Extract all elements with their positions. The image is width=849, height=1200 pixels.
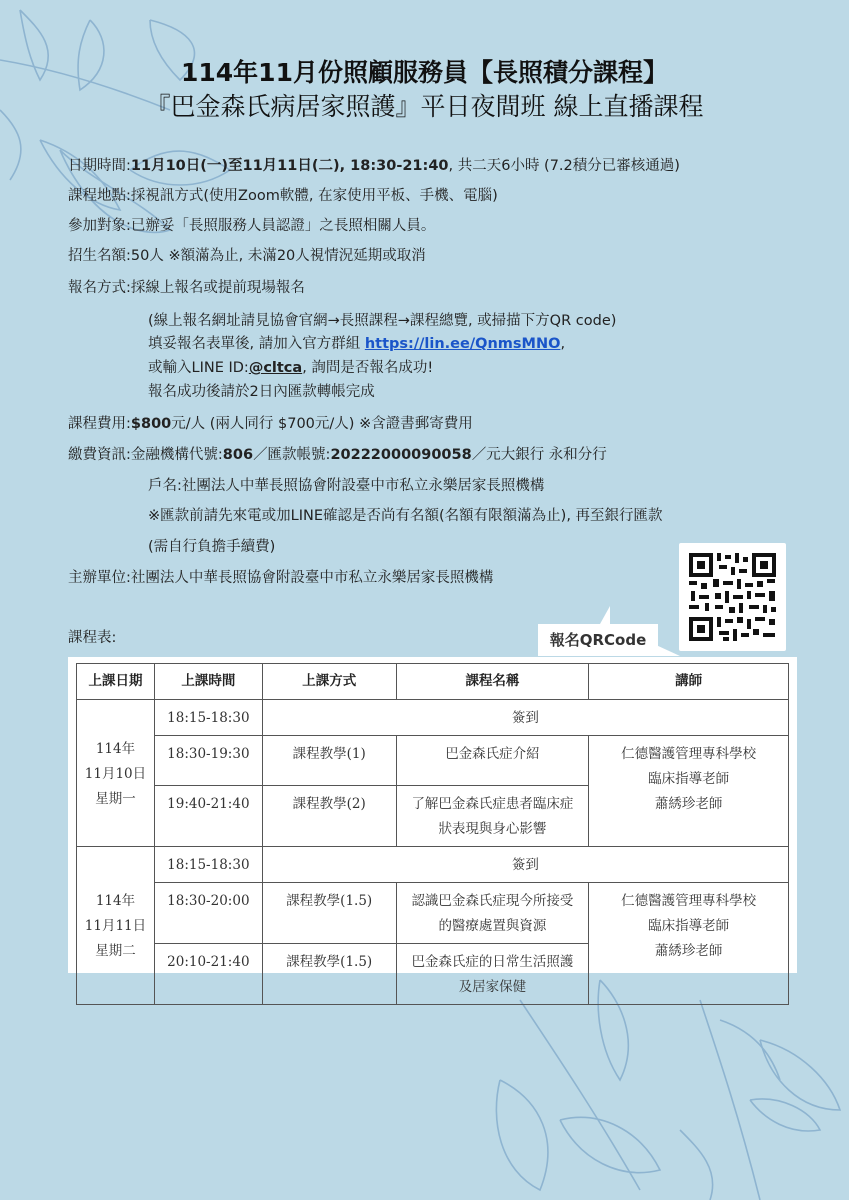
line-group-link[interactable]: https://lin.ee/QnmsMNO — [365, 336, 561, 352]
account-name: 戶名:社團法人中華長照協會附設臺中市私立永樂居家長照機構 — [148, 474, 544, 495]
header-time: 上課時間 — [154, 664, 262, 700]
info-fee-rest: 元/人 (兩人同行 $700元/人) ※含證書郵寄費用 — [171, 416, 472, 432]
day1-instructor-name: 蕭綉珍老師 — [593, 792, 784, 817]
day2-sign: 簽到 — [262, 847, 788, 883]
day1-s1-name: 巴金森氏症介紹 — [396, 736, 589, 786]
day2-s1-name-l2: 的醫療處置與資源 — [401, 914, 585, 939]
day2-s2-mode: 課程教學(1.5) — [262, 944, 396, 1005]
signup-line3-rest: , 詢問是否報名成功! — [302, 360, 433, 376]
header-course: 課程名稱 — [396, 664, 589, 700]
info-fee-label: 課程費用: — [68, 416, 131, 432]
schedule-table: 上課日期 上課時間 上課方式 課程名稱 講師 114年 11月10日 星期一 1… — [76, 663, 789, 1005]
info-location: 課程地點:採視訊方式(使用Zoom軟體, 在家使用平板、手機、電腦) — [68, 184, 498, 205]
day1-instructor: 仁德醫護管理專科學校 臨床指導老師 蕭綉珍老師 — [589, 736, 789, 847]
info-payment: 繳費資訊:金融機構代號:806／匯款帳號:20222000090058／元大銀行… — [68, 443, 607, 464]
day1-s2-name-l2: 狀表現與身心影響 — [401, 817, 585, 842]
payment-note1: ※匯款前請先來電或加LINE確認是否尚有名額(名額有限額滿為止), 再至銀行匯款 — [148, 504, 663, 525]
day1-weekday: 星期一 — [81, 787, 150, 812]
qr-label: 報名QRCode — [538, 624, 658, 656]
day1-s1-time: 18:30-19:30 — [154, 736, 262, 786]
bank-name: ／元大銀行 永和分行 — [472, 447, 607, 463]
day1-s2-time: 19:40-21:40 — [154, 786, 262, 847]
info-fee: 課程費用:$800元/人 (兩人同行 $700元/人) ※含證書郵寄費用 — [68, 412, 473, 433]
info-location-value: 採視訊方式(使用Zoom軟體, 在家使用平板、手機、電腦) — [131, 188, 498, 204]
info-datetime-label: 日期時間: — [68, 158, 131, 174]
info-organizer: 主辦單位:社團法人中華長照協會附設臺中市私立永樂居家長照機構 — [68, 566, 493, 587]
schedule-table-container: 上課日期 上課時間 上課方式 課程名稱 講師 114年 11月10日 星期一 1… — [68, 657, 797, 973]
page-title-line2: 『巴金森氏病居家照護』平日夜間班 線上直播課程 — [0, 90, 849, 124]
day1-year: 114年 — [81, 737, 150, 762]
info-organizer-label: 主辦單位: — [68, 570, 131, 586]
header-instructor: 講師 — [589, 664, 789, 700]
qr-code-icon[interactable] — [679, 543, 786, 651]
day2-s2-name: 巴金森氏症的日常生活照護 及居家保健 — [396, 944, 589, 1005]
day2-s1-name: 認識巴金森氏症現今所接受 的醫療處置與資源 — [396, 883, 589, 944]
page-title-line1: 114年11月份照顧服務員【長照積分課程】 — [0, 56, 849, 90]
day2-instructor: 仁德醫護管理專科學校 臨床指導老師 蕭綉珍老師 — [589, 883, 789, 1005]
info-signup-value: 採線上報名或提前現場報名 — [131, 280, 305, 296]
day2-monthday: 11月11日 — [81, 914, 150, 939]
header-mode: 上課方式 — [262, 664, 396, 700]
day2-s1-time: 18:30-20:00 — [154, 883, 262, 944]
info-datetime-value: 11月10日(一)至11月11日(二), 18:30-21:40 — [131, 158, 449, 174]
day2-s1-name-l1: 認識巴金森氏症現今所接受 — [401, 889, 585, 914]
day2-s2-time: 20:10-21:40 — [154, 944, 262, 1005]
info-audience-value: 已辦妥「長照服務人員認證」之長照相關人員。 — [131, 218, 436, 234]
header-date: 上課日期 — [77, 664, 155, 700]
day2-sign-time: 18:15-18:30 — [154, 847, 262, 883]
day1-s1-mode: 課程教學(1) — [262, 736, 396, 786]
info-quota: 招生名額:50人 ※額滿為止, 未滿20人視情況延期或取消 — [68, 244, 426, 265]
signup-line4: 報名成功後請於2日內匯款轉帳完成 — [148, 380, 375, 401]
day1-s2-mode: 課程教學(2) — [262, 786, 396, 847]
day1-sign-time: 18:15-18:30 — [154, 700, 262, 736]
info-quota-label: 招生名額: — [68, 248, 131, 264]
bank-code: 806 — [223, 447, 253, 463]
day2-weekday: 星期二 — [81, 939, 150, 964]
signup-line3: 或輸入LINE ID:@cltca, 詢問是否報名成功! — [148, 356, 433, 377]
signup-line3-text: 或輸入LINE ID: — [148, 360, 249, 376]
signup-line1: (線上報名網址請見協會官網→長照課程→課程總覽, 或掃描下方QR code) — [148, 309, 616, 330]
table-row: 18:30-20:00 課程教學(1.5) 認識巴金森氏症現今所接受 的醫療處置… — [77, 883, 789, 944]
day2-instructor-school: 仁德醫護管理專科學校 — [593, 889, 784, 914]
table-header-row: 上課日期 上課時間 上課方式 課程名稱 講師 — [77, 664, 789, 700]
info-quota-value: 50人 ※額滿為止, 未滿20人視情況延期或取消 — [131, 248, 426, 264]
info-location-label: 課程地點: — [68, 188, 131, 204]
day2-s2-name-l1: 巴金森氏症的日常生活照護 — [401, 950, 585, 975]
info-datetime: 日期時間:11月10日(一)至11月11日(二), 18:30-21:40, 共… — [68, 154, 680, 175]
day1-s2-name: 了解巴金森氏症患者臨床症 狀表現與身心影響 — [396, 786, 589, 847]
day1-instructor-school: 仁德醫護管理專科學校 — [593, 742, 784, 767]
table-row: 114年 11月11日 星期二 18:15-18:30 簽到 — [77, 847, 789, 883]
day1-sign: 簽到 — [262, 700, 788, 736]
account-label: ／匯款帳號: — [253, 447, 330, 463]
table-row: 18:30-19:30 課程教學(1) 巴金森氏症介紹 仁德醫護管理專科學校 臨… — [77, 736, 789, 786]
info-signup-label: 報名方式: — [68, 280, 131, 296]
day1-monthday: 11月10日 — [81, 762, 150, 787]
bank-code-label: 金融機構代號: — [131, 447, 223, 463]
signup-line2-comma: , — [560, 336, 565, 352]
table-row: 114年 11月10日 星期一 18:15-18:30 簽到 — [77, 700, 789, 736]
info-fee-price: $800 — [131, 416, 171, 432]
line-id[interactable]: @cltca — [249, 360, 302, 376]
day1-s2-name-l1: 了解巴金森氏症患者臨床症 — [401, 792, 585, 817]
info-audience-label: 參加對象: — [68, 218, 131, 234]
info-datetime-rest: , 共二天6小時 (7.2積分已審核通過) — [449, 158, 680, 174]
day2-date: 114年 11月11日 星期二 — [77, 847, 155, 1005]
day1-instructor-title: 臨床指導老師 — [593, 767, 784, 792]
info-audience: 參加對象:已辦妥「長照服務人員認證」之長照相關人員。 — [68, 214, 435, 235]
signup-line2-text: 填妥報名表單後, 請加入官方群組 — [148, 336, 365, 352]
day2-instructor-title: 臨床指導老師 — [593, 914, 784, 939]
day2-s2-name-l2: 及居家保健 — [401, 975, 585, 1000]
day1-date: 114年 11月10日 星期一 — [77, 700, 155, 847]
schedule-label: 課程表: — [68, 626, 116, 647]
account-number: 20222000090058 — [330, 447, 471, 463]
signup-line2: 填妥報名表單後, 請加入官方群組 https://lin.ee/QnmsMNO, — [148, 332, 565, 353]
info-payment-label: 繳費資訊: — [68, 447, 131, 463]
day2-s1-mode: 課程教學(1.5) — [262, 883, 396, 944]
info-signup: 報名方式:採線上報名或提前現場報名 — [68, 276, 305, 297]
info-organizer-value: 社團法人中華長照協會附設臺中市私立永樂居家長照機構 — [131, 570, 494, 586]
day2-instructor-name: 蕭綉珍老師 — [593, 939, 784, 964]
day2-year: 114年 — [81, 889, 150, 914]
payment-note2: (需自行負擔手續費) — [148, 535, 275, 556]
